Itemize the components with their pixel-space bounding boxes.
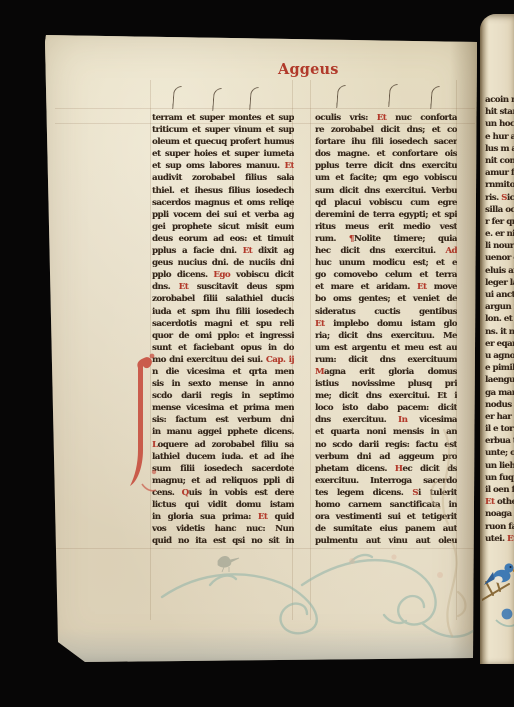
text-line: re zorobabel dicit dns; et co bbox=[315, 124, 457, 136]
text-line: hec dicit dns exercitui. Ad bbox=[315, 245, 457, 257]
rubric-text: Ad bbox=[445, 246, 457, 256]
text-line: deremini de terra egypti; et spi bbox=[315, 209, 457, 221]
text-line: lathiel ducem iuda. et ad ihe bbox=[152, 451, 294, 463]
text-line: quor de omi pplo: et ingressi bbox=[152, 330, 294, 342]
text-line: in gloria sua prima: Et quid bbox=[152, 511, 294, 523]
rubric-text: Et bbox=[243, 246, 253, 256]
text-line: er har be bbox=[485, 411, 514, 423]
rubric-text: Et bbox=[507, 534, 514, 544]
text-line: triticum et super vinum et sup bbox=[152, 124, 294, 136]
text-line: sunt et faciebant opus in do bbox=[152, 342, 294, 354]
text-line: vos videtis hanc nuc: Nun bbox=[152, 523, 294, 535]
text-line: li nouray bbox=[485, 240, 514, 252]
text-line: oculis vris: Et nuc conforta bbox=[315, 112, 457, 124]
text-line: huc unum modicu est; et e bbox=[315, 257, 457, 269]
text-line: e pimila bbox=[485, 362, 514, 374]
text-line: scdo darii regis in septimo bbox=[152, 390, 294, 402]
text-line: il e tor fl bbox=[485, 423, 514, 435]
text-line: sacerdos magnus et oms reliqe bbox=[152, 197, 294, 209]
text-line: ria; dicit dns exercituu. Me bbox=[315, 330, 457, 342]
text-line: sis: factum est verbum dni bbox=[152, 414, 294, 426]
text-line: lus m ai bbox=[485, 143, 514, 155]
text-line: qd placui vobiscu cum egre bbox=[315, 197, 457, 209]
cadel-flourish-icon bbox=[388, 84, 398, 107]
blue-bird-illumination bbox=[482, 554, 514, 639]
rubric-text: In bbox=[398, 415, 407, 425]
margin-ghost-flourish bbox=[422, 422, 477, 662]
text-line: e hur agg bbox=[485, 131, 514, 143]
text-line: er eqanu bbox=[485, 338, 514, 350]
text-line: bo oms gentes; et veniet de bbox=[315, 293, 457, 305]
text-line: utei. Et f bbox=[485, 533, 514, 545]
text-line: sideratus cuctis gentibus bbox=[315, 306, 457, 318]
text-line: r fer qm bbox=[485, 216, 514, 228]
text-line: Et othe bbox=[485, 496, 514, 508]
rubric-text: M bbox=[315, 367, 324, 377]
text-line: leger lagi bbox=[485, 277, 514, 289]
text-line: iuda et spm ihu filii iosedech bbox=[152, 306, 294, 318]
rubric-text: Cap. ij bbox=[266, 355, 294, 365]
text-line: go comovebo celum et terra bbox=[315, 269, 457, 281]
text-line: un lieh bbox=[485, 460, 514, 472]
ruling-line bbox=[150, 80, 151, 620]
text-line: u agnos bbox=[485, 350, 514, 362]
rubric-text: Et bbox=[315, 319, 325, 329]
text-line: et sup oms labores manuu. Et bbox=[152, 160, 294, 172]
rubric-text: Ego bbox=[213, 270, 230, 280]
text-line: un hoctn bbox=[485, 118, 514, 130]
text-line: et mare et aridam. Et move bbox=[315, 281, 457, 293]
text-line: deus eorum ad eos: et timuit bbox=[152, 233, 294, 245]
text-line: thiel. et ihesus filius iosedech bbox=[152, 185, 294, 197]
text-line: istius novissime plusq pri bbox=[315, 378, 457, 390]
cadel-flourish-icon bbox=[172, 86, 182, 109]
text-line: nit coma bbox=[485, 155, 514, 167]
text-line: hit stanic bbox=[485, 106, 514, 118]
small-bird-sketch bbox=[218, 556, 239, 572]
text-line: geus nucius dni. de nuciis dni bbox=[152, 257, 294, 269]
text-line: il oen for bbox=[485, 484, 514, 496]
text-line: ruon fax bbox=[485, 521, 514, 533]
text-line: eluis an bbox=[485, 265, 514, 277]
facing-page-edge: acoin nuhit stanicun hoctne hur agglus m… bbox=[480, 14, 514, 664]
text-line: ui ancth bbox=[485, 289, 514, 301]
text-line: ga mani bbox=[485, 387, 514, 399]
chapter-initial-letter-I bbox=[128, 352, 158, 502]
rubric-text: Et bbox=[284, 161, 294, 171]
text-line: magnu; et ad reliquos ppli di bbox=[152, 475, 294, 487]
text-line: um et facite; qm ego vobiscu bbox=[315, 172, 457, 184]
text-line: oleum et quecuq profert humus bbox=[152, 136, 294, 148]
text-line: cens. Quis in vobis est dere bbox=[152, 487, 294, 499]
text-line: laengur bbox=[485, 374, 514, 386]
text-line: in manu aggei pphete dicens. bbox=[152, 426, 294, 438]
text-line: dos magne. et confortare ois bbox=[315, 148, 457, 160]
photo-background: Aggeus terram et super montes et suptrit… bbox=[0, 0, 514, 707]
text-line: me; dicit dns exercitui. Et i bbox=[315, 390, 457, 402]
text-line: noaga ne bbox=[485, 508, 514, 520]
text-line: e. er nid bbox=[485, 228, 514, 240]
text-line: argun no bbox=[485, 301, 514, 313]
cadel-flourish-icon bbox=[249, 87, 259, 110]
text-line: rnmitor bbox=[485, 179, 514, 191]
text-line: rum: dicit dns exercituum bbox=[315, 354, 457, 366]
text-line: sum filii iosedech sacerdote bbox=[152, 463, 294, 475]
rubric-text: Et bbox=[377, 113, 387, 123]
text-line: sum dicit dns exercitui. Verbu bbox=[315, 185, 457, 197]
text-line: acoin nu bbox=[485, 94, 514, 106]
cadel-flourish-icon bbox=[212, 88, 222, 111]
text-line: ris. Sic A bbox=[485, 192, 514, 204]
text-line: terram et super montes et sup bbox=[152, 112, 294, 124]
running-title: Aggeus bbox=[278, 61, 368, 78]
text-line: unte; ofe bbox=[485, 447, 514, 459]
text-line: gei prophete sicut misit eum bbox=[152, 221, 294, 233]
text-line: Et implebo domu istam glo bbox=[315, 318, 457, 330]
text-line: fortare ihu fili iosedech sacer bbox=[315, 136, 457, 148]
text-column-left: terram et super montes et suptriticum et… bbox=[152, 112, 294, 550]
text-line: loco isto dabo pacem: dicit bbox=[315, 402, 457, 414]
text-line: n die vicesima et qrta men bbox=[152, 366, 294, 378]
ruling-line bbox=[310, 80, 311, 620]
text-line: pplus terre dicit dns exercitu bbox=[315, 160, 457, 172]
text-line: zorobabel filii salathiel ducis bbox=[152, 293, 294, 305]
text-line: sacerdotis magni et spu reli bbox=[152, 318, 294, 330]
text-line: lon. et m bbox=[485, 313, 514, 325]
rubric-text: Et bbox=[179, 282, 189, 292]
cadel-flourish-icon bbox=[336, 85, 346, 108]
text-line: um est argentu et meu est au bbox=[315, 342, 457, 354]
rubric-text: Q bbox=[182, 488, 189, 498]
rubric-text: Et bbox=[485, 497, 495, 507]
text-line: silla oco bbox=[485, 204, 514, 216]
text-line: pplo dicens. Ego vobiscu dicit bbox=[152, 269, 294, 281]
ruling-line bbox=[55, 108, 475, 109]
text-line: et super hoies et super iumeta bbox=[152, 148, 294, 160]
rubric-text: Et bbox=[258, 512, 268, 522]
text-line: ritus meus erit medio vest bbox=[315, 221, 457, 233]
manuscript-page: Aggeus terram et super montes et suptrit… bbox=[40, 30, 480, 662]
text-line: rum. ¶Nolite timere; quia bbox=[315, 233, 457, 245]
text-line: lictus qui vidit domu istam bbox=[152, 499, 294, 511]
text-line: Magna erit gloria domus bbox=[315, 366, 457, 378]
text-line: sis in sexto mense in anno bbox=[152, 378, 294, 390]
text-line: amur far bbox=[485, 167, 514, 179]
text-line: un fuq r bbox=[485, 472, 514, 484]
text-line: nodus q bbox=[485, 399, 514, 411]
cadel-flourish-icon bbox=[430, 86, 440, 109]
text-line: audivit zorobabel filius sala bbox=[152, 172, 294, 184]
text-line: mo dni exercituu dei sui. Cap. ij bbox=[152, 354, 294, 366]
text-line: ppli vocem dei sui et verba ag bbox=[152, 209, 294, 221]
text-line: pplus a facie dni. Et dixit ag bbox=[152, 245, 294, 257]
text-line: uenor ci bbox=[485, 252, 514, 264]
text-line: dns. Et suscitavit deus spm bbox=[152, 281, 294, 293]
text-line: erbua t bbox=[485, 435, 514, 447]
text-line: Loquere ad zorobabel filiu sa bbox=[152, 439, 294, 451]
text-line: mense vicesima et prima men bbox=[152, 402, 294, 414]
facing-page-text: acoin nuhit stanicun hoctne hur agglus m… bbox=[485, 94, 514, 545]
text-line: ns. it nu bbox=[485, 326, 514, 338]
